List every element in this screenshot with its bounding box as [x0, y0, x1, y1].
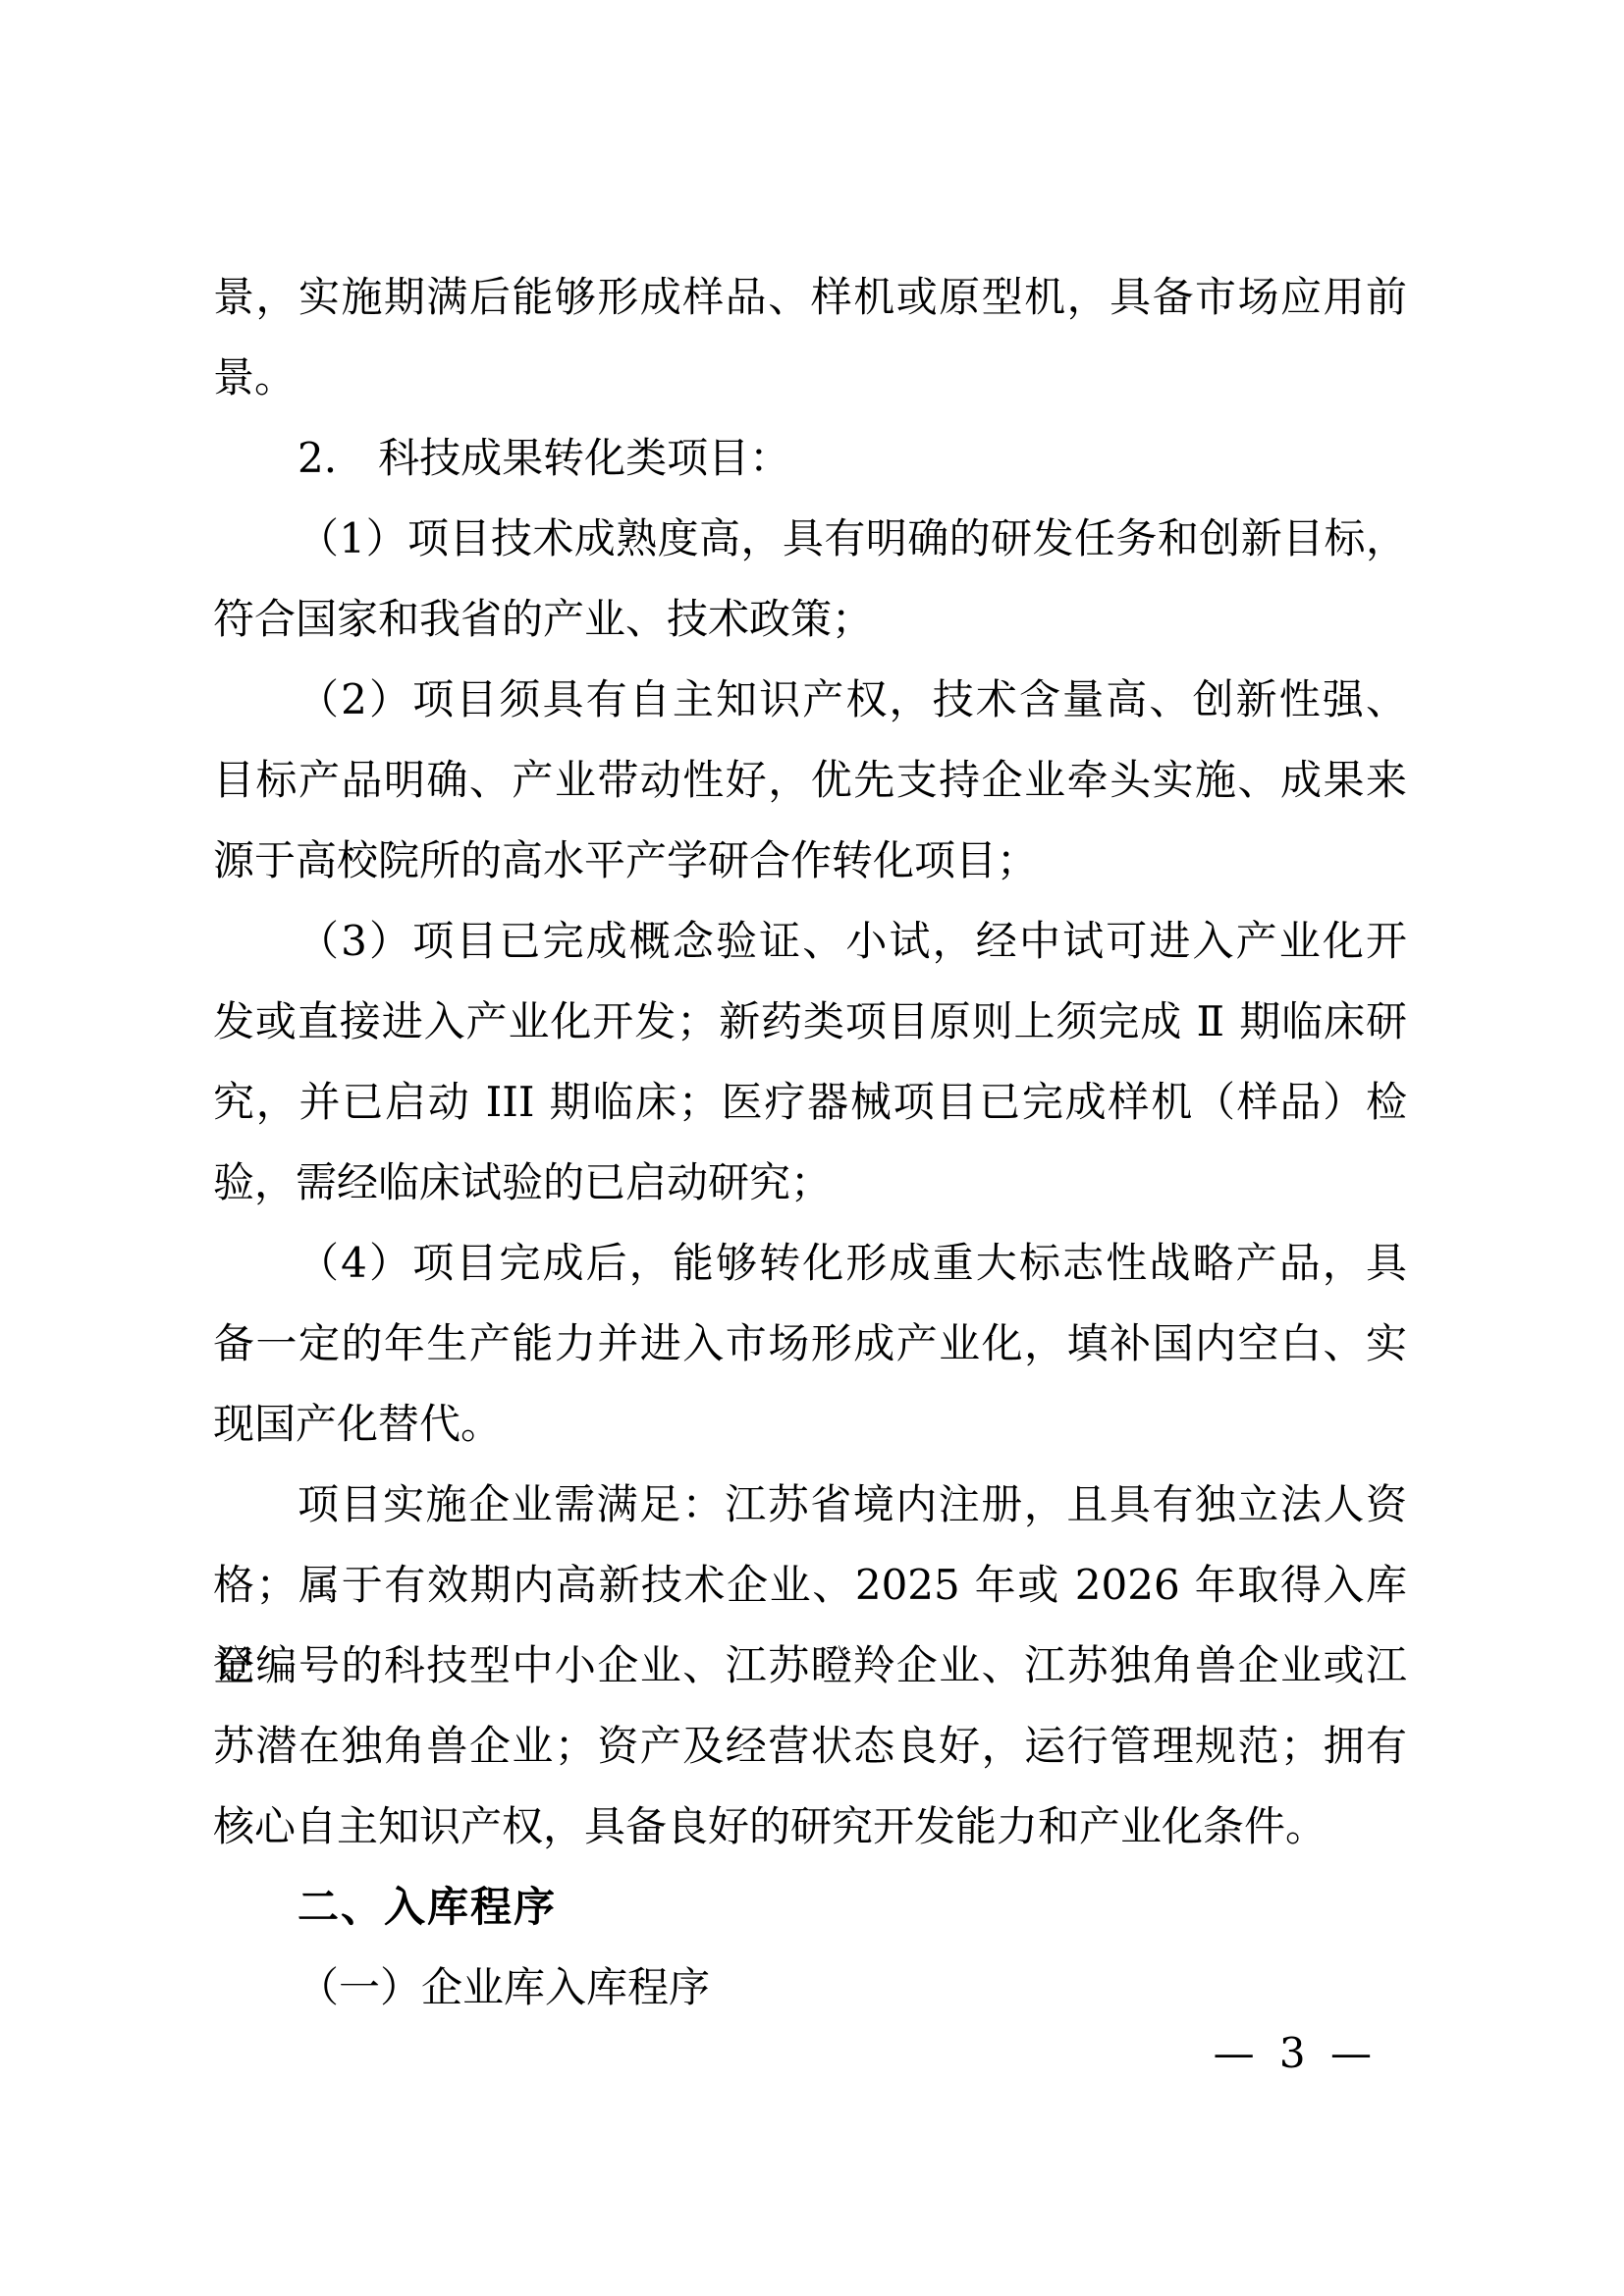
- text-line-2: 景。: [213, 338, 1407, 418]
- text-line-15: 现国产化替代。: [213, 1384, 1407, 1465]
- text-line-5: 符合国家和我省的产业、技术政策；: [213, 579, 1407, 660]
- page-number: — 3 —: [1214, 2024, 1372, 2083]
- text-line-14: 备一定的年生产能力并进入市场形成产业化，填补国内空白、实: [213, 1304, 1407, 1384]
- text-line-6: （2）项目须具有自主知识产权，技术含量高、创新性强、: [213, 660, 1407, 740]
- document-body: 景，实施期满后能够形成样品、样机或原型机，具备市场应用前景。2. 科技成果转化类…: [213, 257, 1407, 2028]
- text-line-1: 景，实施期满后能够形成样品、样机或原型机，具备市场应用前: [213, 257, 1407, 338]
- text-line-4: （1）项目技术成熟度高，具有明确的研发任务和创新目标，: [213, 499, 1407, 579]
- text-line-17: 格；属于有效期内高新技术企业、2025 年或 2026 年取得入库登: [213, 1545, 1407, 1626]
- text-line-16: 项目实施企业需满足：江苏省境内注册，且具有独立法人资: [213, 1465, 1407, 1545]
- text-line-19: 苏潜在独角兽企业；资产及经营状态良好，运行管理规范；拥有: [213, 1706, 1407, 1787]
- text-line-18: 记编号的科技型中小企业、江苏瞪羚企业、江苏独角兽企业或江: [213, 1626, 1407, 1706]
- text-line-3: 2. 科技成果转化类项目：: [213, 418, 1407, 499]
- text-line-7: 目标产品明确、产业带动性好，优先支持企业牵头实施、成果来: [213, 740, 1407, 821]
- text-line-13: （4）项目完成后，能够转化形成重大标志性战略产品，具: [213, 1223, 1407, 1304]
- text-line-8: 源于高校院所的高水平产学研合作转化项目；: [213, 821, 1407, 901]
- text-line-21: 二、入库程序: [213, 1867, 1407, 1948]
- document-page: 景，实施期满后能够形成样品、样机或原型机，具备市场应用前景。2. 科技成果转化类…: [0, 0, 1624, 2296]
- text-line-10: 发或直接进入产业化开发；新药类项目原则上须完成 Ⅱ 期临床研: [213, 982, 1407, 1062]
- text-line-9: （3）项目已完成概念验证、小试，经中试可进入产业化开: [213, 901, 1407, 982]
- text-line-12: 验，需经临床试验的已启动研究；: [213, 1143, 1407, 1223]
- text-line-11: 究，并已启动 III 期临床；医疗器械项目已完成样机（样品）检: [213, 1062, 1407, 1143]
- text-line-22: （一）企业库入库程序: [213, 1948, 1407, 2028]
- text-line-20: 核心自主知识产权，具备良好的研究开发能力和产业化条件。: [213, 1787, 1407, 1867]
